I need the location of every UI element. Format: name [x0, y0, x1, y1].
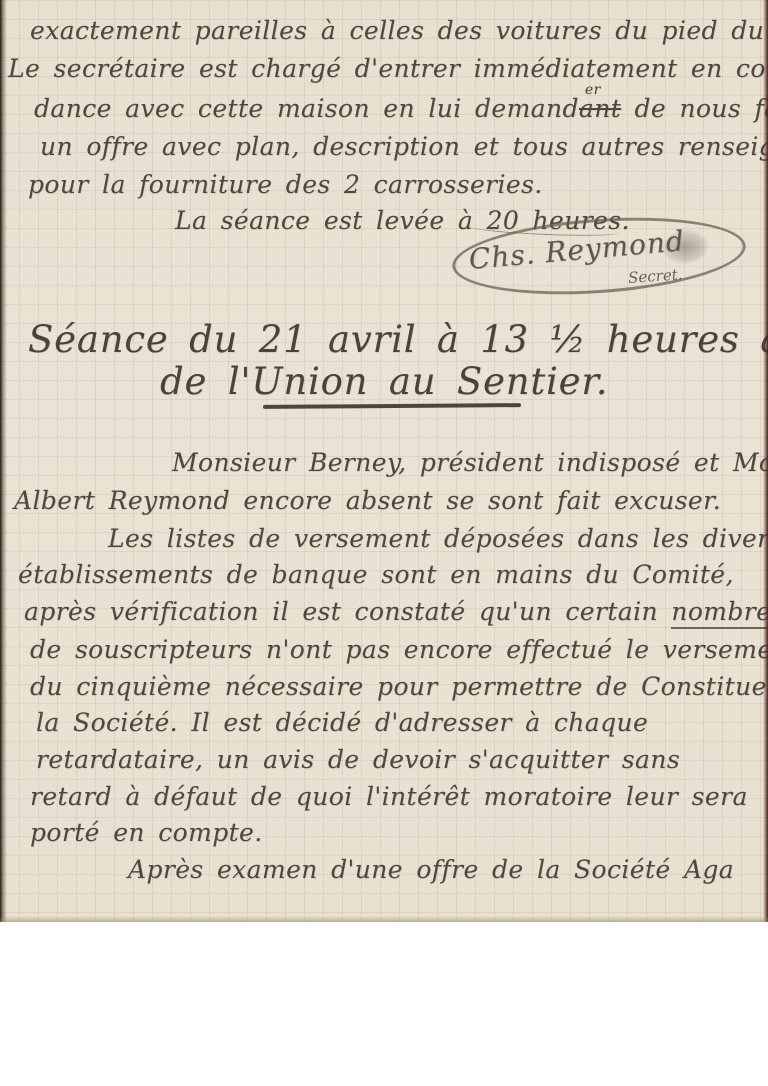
manuscript-line: Monsieur Berney, président indisposé et …: [172, 448, 768, 477]
inserted-correction: er: [585, 82, 601, 98]
manuscript-line: établissements de banque sont en mains d…: [18, 560, 734, 589]
section-heading-line: de l'Union au Sentier.: [160, 360, 608, 403]
manuscript-line: Albert Reymond encore absent se sont fai…: [14, 486, 721, 515]
strikethrough-correction: anter: [579, 94, 621, 123]
manuscript-line: la Société. Il est décidé d'adresser à c…: [36, 708, 648, 737]
manuscript-line: retard à défaut de quoi l'intérêt morato…: [30, 782, 748, 811]
manuscript-line: pour la fourniture des 2 carrosseries.: [28, 170, 543, 199]
manuscript-line: exactement pareilles à celles des voitur…: [30, 16, 768, 45]
line-text: dance avec cette maison en lui demand: [34, 94, 579, 123]
line-text: de nous faire: [635, 94, 768, 123]
page-right-edge-shadow: [763, 0, 768, 922]
manuscript-line: Les listes de versement déposées dans le…: [108, 524, 768, 553]
scanned-page: exactement pareilles à celles des voitur…: [0, 0, 768, 1086]
underlined-word: nombre: [671, 597, 768, 629]
line-text: après vérification il est constaté qu'un…: [24, 597, 671, 626]
page-left-edge-shadow: [0, 0, 7, 922]
notebook-paper: exactement pareilles à celles des voitur…: [0, 0, 768, 922]
manuscript-line: dance avec cette maison en lui demandant…: [34, 94, 768, 123]
stamp-title: Secret.: [628, 265, 684, 287]
section-heading-line: Séance du 21 avril à 13 ½ heures à l'Hôt…: [28, 318, 768, 361]
manuscript-line: Après examen d'une offre de la Société A…: [128, 855, 734, 884]
manuscript-line: porté en compte.: [30, 818, 263, 847]
scan-background: [0, 922, 768, 1086]
manuscript-line: Le secrétaire est chargé d'entrer immédi…: [8, 54, 768, 83]
manuscript-line: du cinquième nécessaire pour permettre d…: [30, 672, 768, 701]
manuscript-line: de souscripteurs n'ont pas encore effect…: [30, 635, 768, 664]
manuscript-line: retardataire, un avis de devoir s'acquit…: [36, 745, 680, 774]
manuscript-line: après vérification il est constaté qu'un…: [24, 597, 768, 626]
heading-underline-rule: [263, 403, 521, 409]
struck-text: ant: [579, 94, 621, 123]
manuscript-line: un offre avec plan, description et tous …: [40, 132, 768, 161]
